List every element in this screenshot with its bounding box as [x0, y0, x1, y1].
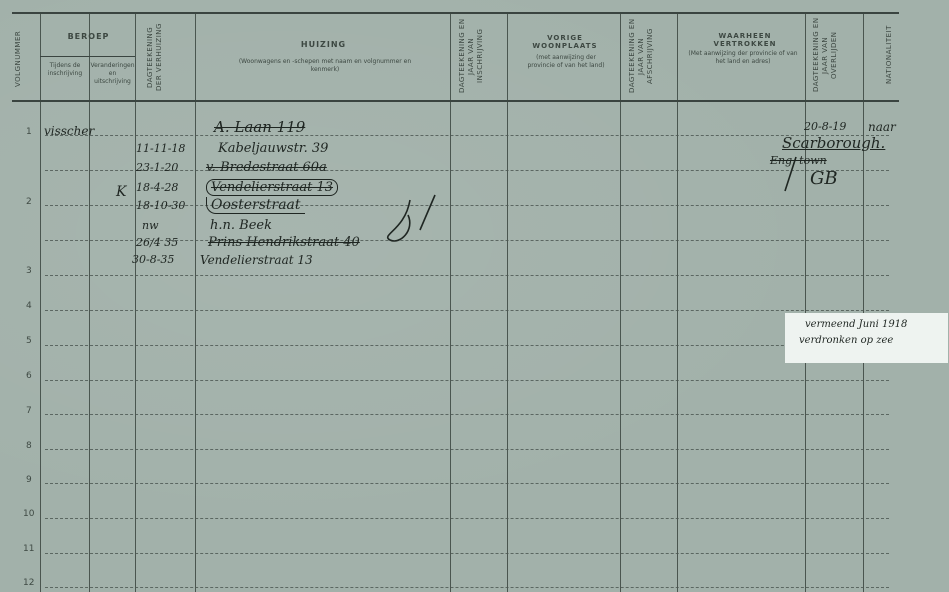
col-line [40, 12, 41, 592]
note-line-1: vermeend Juni 1918 [805, 319, 907, 330]
row-number: 9 [26, 475, 32, 485]
row-number: 11 [23, 544, 34, 554]
header-dagteekening-afschrijving: DAGTEEKENING EN JAAR VAN AFSCHRIJVING [628, 16, 670, 96]
move-date: 30-8-35 [132, 253, 174, 266]
header-vorige-woonplaats: VORIGE WOONPLAATS [520, 34, 610, 50]
departure-place: Scarborough. [782, 134, 885, 152]
header-beroep-tijdens: Tijdens de inschrijving [42, 62, 88, 78]
address-entry: Oosterstraat [206, 197, 305, 214]
move-date: 26/4 35 [136, 236, 178, 249]
departure-prefix: naar [868, 120, 896, 134]
row-line [45, 380, 889, 381]
header-dagteekening-overlijden: DAGTEEKENING EN JAAR VAN OVERLIJDEN [812, 14, 856, 96]
header-huizing: HUIZING [197, 40, 450, 49]
col-line [620, 12, 621, 592]
departure-date: 20-8-19 [804, 120, 846, 133]
col-line [450, 12, 451, 592]
col-line [805, 12, 806, 592]
row-number: 5 [26, 336, 32, 346]
row-number: 12 [23, 578, 34, 588]
row-line [45, 518, 889, 519]
row-line [45, 553, 889, 554]
move-date: 18-10-30 [136, 199, 185, 212]
move-date: 18-4-28 [136, 181, 178, 194]
initials: GB [810, 168, 838, 189]
row-number: 1 [26, 127, 32, 137]
col-line [195, 12, 196, 592]
header-huizing-sub: (Woonwagens en -schepen met naam en volg… [225, 58, 425, 74]
bracket-flourish-icon [370, 190, 450, 250]
pasted-note: vermeend Juni 1918 verdronken op zee [785, 313, 948, 363]
address-entry: Vendelierstraat 13 [200, 253, 313, 267]
header-top-line [12, 12, 899, 14]
move-date: 23-1-20 [136, 161, 178, 174]
pen-stroke-icon [780, 155, 800, 195]
header-volgnummer: VOLGNUMMER [14, 20, 36, 98]
k-mark: K [116, 184, 126, 200]
beroep-entry: visscher [44, 124, 94, 138]
row-number: 8 [26, 441, 32, 451]
header-beroep-verandering: Veranderingen en uitschrijving [90, 62, 135, 86]
row-line [45, 414, 889, 415]
row-line [45, 449, 889, 450]
row-number: 10 [23, 509, 34, 519]
col-line [507, 12, 508, 592]
header-beroep: BEROEP [42, 32, 135, 41]
row-number: 4 [26, 301, 32, 311]
col-line [863, 12, 864, 592]
move-date: nw [142, 219, 159, 232]
address-entry: Vendelierstraat 13 [206, 179, 338, 196]
address-entry: Prins Hendrikstraat 40 [208, 235, 360, 250]
row-line [45, 310, 889, 311]
row-number: 2 [26, 197, 32, 207]
header-dagteekening-verhuizing: DAGTEEKENING DER VERHUIZING [146, 18, 186, 96]
row-number: 3 [26, 266, 32, 276]
row-line [45, 483, 889, 484]
row-number: 6 [26, 371, 32, 381]
address-entry: Kabeljauwstr. 39 [218, 141, 328, 156]
address-entry: h.n. Beek [210, 218, 272, 233]
address-entry: v. Bredestraat 60a [206, 160, 327, 175]
note-line-2: verdronken op zee [799, 335, 893, 346]
row-line [45, 345, 889, 346]
move-date: 11-11-18 [136, 142, 185, 155]
row-line [45, 587, 889, 588]
col-line [135, 12, 136, 592]
header-nationaliteit: NATIONALITEIT [885, 14, 905, 96]
address-entry: A. Laan 119 [214, 118, 305, 136]
header-bottom-line [12, 100, 899, 102]
header-waarheen-sub: (Met aanwijzing der provincie of van het… [684, 50, 802, 66]
row-number: 7 [26, 406, 32, 416]
header-vorige-woonplaats-sub: (met aanwijzing der provincie of van het… [522, 54, 610, 70]
col-line [89, 12, 90, 592]
header-dagteekening-inschrijving: DAGTEEKENING EN JAAR VAN INSCHRIJVING [458, 16, 500, 96]
row-line [45, 275, 889, 276]
col-line [677, 12, 678, 592]
beroep-sub-line [40, 56, 135, 57]
header-waarheen: WAARHEEN VERTROKKEN [700, 32, 790, 48]
register-card: VOLGNUMMER BEROEP Tijdens de inschrijvin… [0, 0, 949, 592]
row-line [45, 135, 889, 136]
